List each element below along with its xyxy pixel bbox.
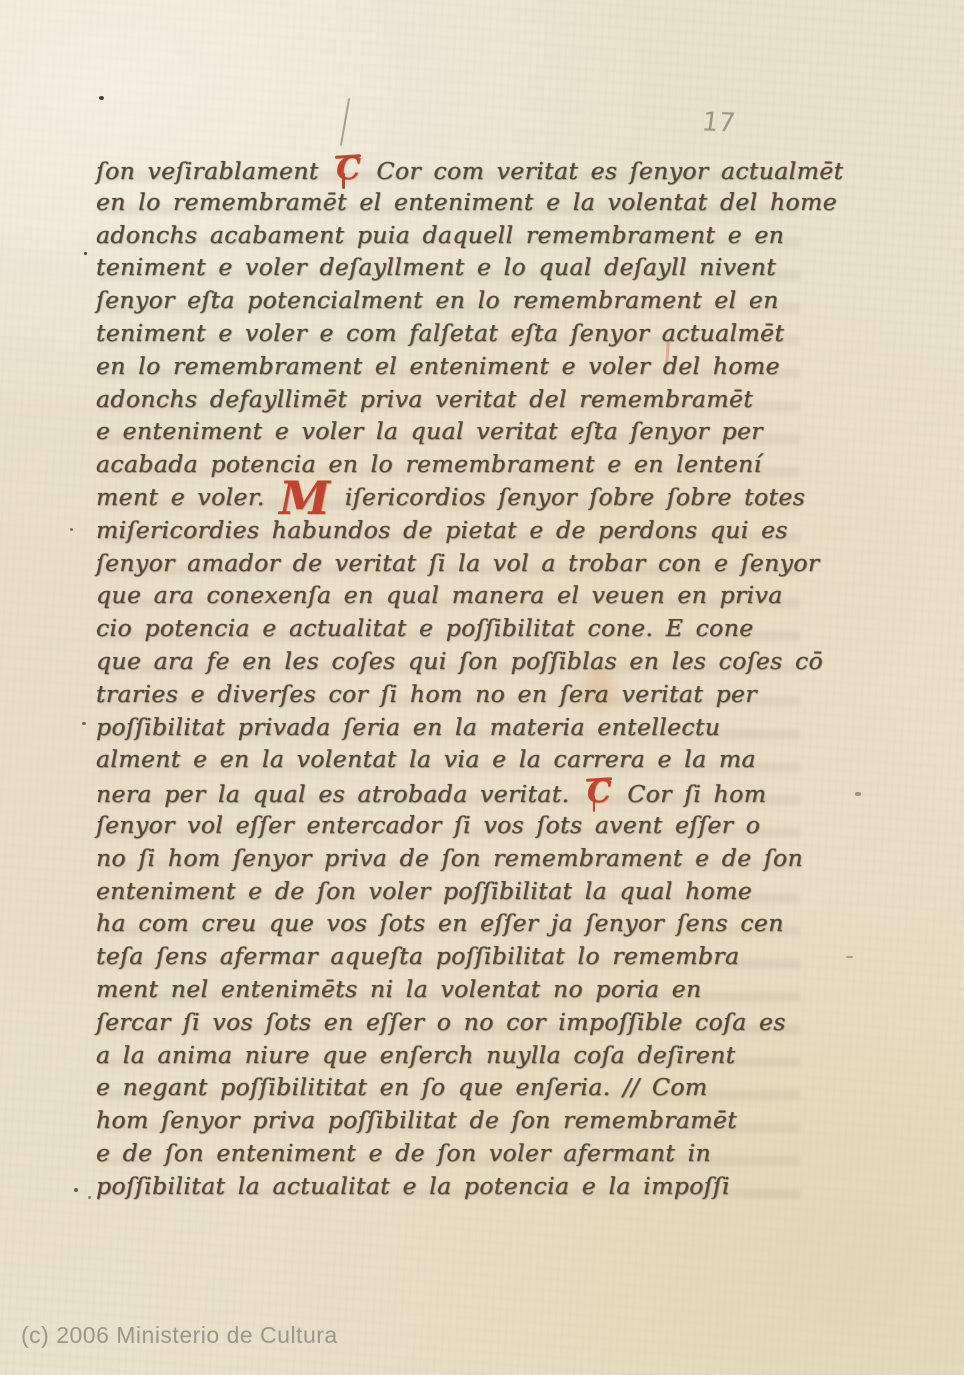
manuscript-line: ment nel entenimēts ni la volentat no po…: [96, 973, 856, 1006]
manuscript-line: e negant poſſibilititat en ſo que enſeri…: [96, 1071, 856, 1104]
manuscript-text: que ara conexenſa en qual manera el veue…: [96, 581, 783, 609]
manuscript-line: adonchs defayllimēt priva veritat del re…: [96, 383, 856, 416]
manuscript-scan: { "page": { "folio_number": "17", "copyr…: [0, 0, 964, 1375]
manuscript-text: teniment e voler e com falſetat eſta ſen…: [96, 319, 784, 347]
manuscript-text: Cor com veritat es ſenyor actualmēt: [364, 157, 843, 185]
manuscript-line: a la anima niure que enſerch nuylla coſa…: [96, 1039, 856, 1072]
manuscript-text: no ſi hom ſenyor priva de ſon remembrame…: [96, 844, 803, 872]
manuscript-text: e de ſon enteniment e de ſon voler aferm…: [96, 1139, 711, 1167]
manuscript-text: poſſibilitat privada ſeria en la materia…: [96, 713, 720, 741]
copyright-watermark: (c) 2006 Ministerio de Cultura: [21, 1322, 338, 1349]
ink-speck: [70, 528, 73, 531]
manuscript-text: poſſibilitat la actualitat e la potencia…: [96, 1172, 730, 1200]
manuscript-line: miſericordies habundos de pietat e de pe…: [96, 514, 856, 547]
manuscript-text: ſenyor amador de veritat ſi la vol a tro…: [96, 549, 820, 577]
manuscript-line: poſſibilitat la actualitat e la potencia…: [96, 1170, 856, 1203]
ink-speck: [74, 1188, 78, 1192]
ink-speck: [84, 252, 87, 255]
manuscript-text: ſercar ſi vos ſots en eſſer o no cor imp…: [96, 1008, 786, 1036]
manuscript-text: en lo remembramēt el enteniment e la vol…: [96, 188, 837, 216]
manuscript-line: teniment e voler deſayllment e lo qual d…: [96, 251, 856, 284]
manuscript-text: alment e en la volentat la via e la carr…: [96, 745, 756, 773]
manuscript-line: en lo remembramēt el enteniment e la vol…: [96, 186, 856, 219]
manuscript-text: ſenyor eſta potencialment en lo remembra…: [96, 286, 779, 314]
manuscript-text: ment nel entenimēts ni la volentat no po…: [96, 975, 702, 1003]
manuscript-text: Cor ſi hom: [615, 780, 766, 808]
manuscript-line: que ara conexenſa en qual manera el veue…: [96, 579, 856, 612]
manuscript-line: alment e en la volentat la via e la carr…: [96, 743, 856, 776]
manuscript-line: no ſi hom ſenyor priva de ſon remembrame…: [96, 842, 856, 875]
manuscript-line: ſenyor vol eſſer entercador ſi vos ſots …: [96, 809, 856, 842]
manuscript-text: que ara fe en les coſes qui ſon poſſibla…: [96, 647, 823, 675]
manuscript-text: enteniment e de ſon voler poſſibilitat l…: [96, 877, 752, 905]
manuscript-text-block: ſon veſirablament C Cor com veritat es ſ…: [96, 153, 856, 1203]
manuscript-line: adonchs acabament puia daquell remembram…: [96, 219, 856, 252]
manuscript-line: teniment e voler e com falſetat eſta ſen…: [96, 317, 856, 350]
manuscript-line: hom ſenyor priva poſſibilitat de ſon rem…: [96, 1104, 856, 1137]
manuscript-text: ment e voler.: [96, 483, 277, 511]
manuscript-text: acabada potencia en lo remembrament e en…: [96, 450, 762, 478]
ink-speck: [99, 96, 104, 100]
manuscript-text: traries e diverſes cor ſi hom no en ſera…: [96, 680, 757, 708]
manuscript-line: nera per la qual es atrobada veritat. C …: [96, 776, 856, 809]
manuscript-line: ſercar ſi vos ſots en eſſer o no cor imp…: [96, 1006, 856, 1039]
manuscript-line: que ara fe en les coſes qui ſon poſſibla…: [96, 645, 856, 678]
manuscript-line: ha com creu que vos ſots en eſſer ja ſen…: [96, 907, 856, 940]
manuscript-text: e enteniment e voler la qual veritat eſt…: [96, 417, 763, 445]
manuscript-line: ſon veſirablament C Cor com veritat es ſ…: [96, 153, 856, 186]
manuscript-text: e negant poſſibilititat en ſo que enſeri…: [96, 1073, 708, 1101]
manuscript-text: a la anima niure que enſerch nuylla coſa…: [96, 1041, 736, 1069]
ink-speck: [88, 1196, 91, 1199]
manuscript-text: ha com creu que vos ſots en eſſer ja ſen…: [96, 909, 784, 937]
manuscript-text: hom ſenyor priva poſſibilitat de ſon rem…: [96, 1106, 737, 1134]
manuscript-line: en lo remembrament el enteniment e voler…: [96, 350, 856, 383]
manuscript-line: ment e voler. M iſericordios ſenyor ſobr…: [96, 481, 856, 514]
manuscript-text: ſon veſirablament: [96, 157, 331, 185]
manuscript-line: traries e diverſes cor ſi hom no en ſera…: [96, 678, 856, 711]
ink-speck: [82, 722, 86, 725]
manuscript-line: teſa ſens afermar aqueſta poſſibilitat l…: [96, 940, 856, 973]
manuscript-text: adonchs acabament puia daquell remembram…: [96, 221, 784, 249]
manuscript-text: nera per la qual es atrobada veritat.: [96, 780, 582, 808]
manuscript-line: poſſibilitat privada ſeria en la materia…: [96, 711, 856, 744]
manuscript-line: e enteniment e voler la qual veritat eſt…: [96, 415, 856, 448]
manuscript-text: teſa ſens afermar aqueſta poſſibilitat l…: [96, 942, 739, 970]
manuscript-text: miſericordies habundos de pietat e de pe…: [96, 516, 788, 544]
manuscript-line: e de ſon enteniment e de ſon voler aferm…: [96, 1137, 856, 1170]
folio-number: 17: [700, 107, 737, 138]
manuscript-line: acabada potencia en lo remembrament e en…: [96, 448, 856, 481]
manuscript-text: ſenyor vol eſſer entercador ſi vos ſots …: [96, 811, 760, 839]
manuscript-text: teniment e voler deſayllment e lo qual d…: [96, 253, 776, 281]
manuscript-text: en lo remembrament el enteniment e voler…: [96, 352, 780, 380]
manuscript-line: cio potencia e actualitat e poſſibilitat…: [96, 612, 856, 645]
manuscript-line: ſenyor amador de veritat ſi la vol a tro…: [96, 547, 856, 580]
manuscript-text: adonchs defayllimēt priva veritat del re…: [96, 385, 753, 413]
manuscript-text: iſericordios ſenyor ſobre ſobre totes: [332, 483, 805, 511]
manuscript-line: ſenyor eſta potencialment en lo remembra…: [96, 284, 856, 317]
rubric-capitulum-mark: C: [331, 151, 364, 187]
manuscript-text: cio potencia e actualitat e poſſibilitat…: [96, 614, 754, 642]
rubric-capitulum-mark: C: [582, 774, 615, 810]
manuscript-line: enteniment e de ſon voler poſſibilitat l…: [96, 875, 856, 908]
